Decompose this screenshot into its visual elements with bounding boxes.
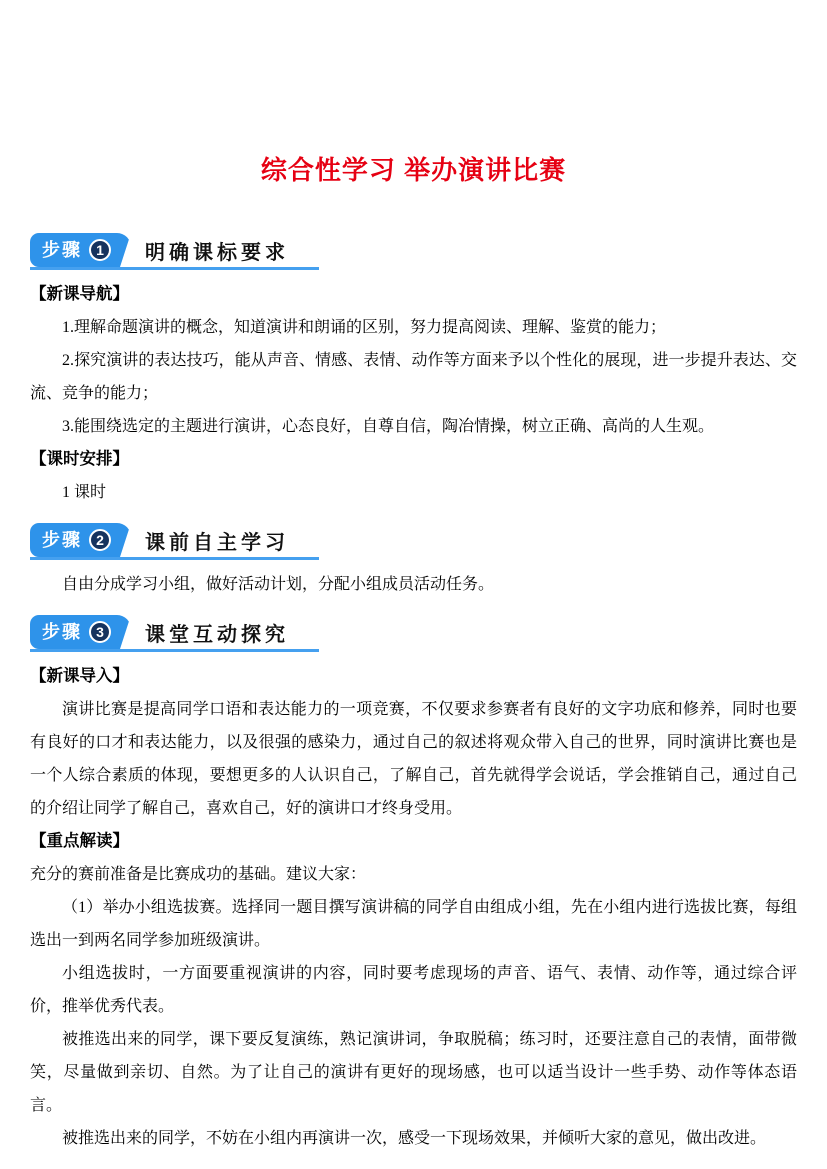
paragraph: 小组选拔时，一方面要重视演讲的内容，同时要考虑现场的声音、语气、表情、动作等，通… (30, 957, 797, 1023)
section-heading-schedule: 【课时安排】 (30, 443, 797, 476)
step-number-badge: 2 (89, 529, 111, 551)
paragraph: 1.理解命题演讲的概念，知道演讲和朗诵的区别，努力提高阅读、理解、鉴赏的能力； (30, 311, 797, 344)
step-title: 明确课标要求 (131, 233, 289, 267)
paragraph: 3.能围绕选定的主题进行演讲，心态良好，自尊自信，陶冶情操，树立正确、高尚的人生… (30, 410, 797, 443)
step-badge-label: 步骤 (42, 241, 82, 259)
document-page: 综合性学习 举办演讲比赛 步骤 1 明确课标要求 【新课导航】 1.理解命题演讲… (0, 0, 827, 1169)
step-header-3: 步骤 3 课堂互动探究 (30, 615, 319, 652)
paragraph: 自由分成学习小组，做好活动计划，分配小组成员活动任务。 (30, 568, 797, 601)
section-heading-key: 【重点解读】 (30, 825, 797, 858)
step-header-1: 步骤 1 明确课标要求 (30, 233, 319, 270)
step-badge-2: 步骤 2 (30, 523, 131, 557)
step-number-badge: 3 (89, 621, 111, 643)
paragraph: 2.探究演讲的表达技巧，能从声音、情感、表情、动作等方面来予以个性化的展现，进一… (30, 344, 797, 410)
paragraph: 演讲比赛是提高同学口语和表达能力的一项竞赛，不仅要求参赛者有良好的文字功底和修养… (30, 693, 797, 825)
section-heading-nav: 【新课导航】 (30, 278, 797, 311)
step-title: 课堂互动探究 (131, 615, 289, 649)
paragraph: 1 课时 (30, 476, 797, 509)
step-number-badge: 1 (89, 239, 111, 261)
paragraph: 被推选出来的同学，课下要反复演练，熟记演讲词，争取脱稿；练习时，还要注意自己的表… (30, 1023, 797, 1122)
step-badge-label: 步骤 (42, 531, 82, 549)
step-title: 课前自主学习 (131, 523, 289, 557)
paragraph: （1）举办小组选拔赛。选择同一题目撰写演讲稿的同学自由组成小组，先在小组内进行选… (30, 891, 797, 957)
paragraph: 被推选出来的同学，不妨在小组内再演讲一次，感受一下现场效果，并倾听大家的意见，做… (30, 1122, 797, 1155)
step-badge-label: 步骤 (42, 623, 82, 641)
page-title: 综合性学习 举办演讲比赛 (30, 150, 797, 187)
step-badge-3: 步骤 3 (30, 615, 131, 649)
step-header-2: 步骤 2 课前自主学习 (30, 523, 319, 560)
section-heading-intro: 【新课导入】 (30, 660, 797, 693)
step-badge-1: 步骤 1 (30, 233, 131, 267)
paragraph: 充分的赛前准备是比赛成功的基础。建议大家： (30, 858, 797, 891)
